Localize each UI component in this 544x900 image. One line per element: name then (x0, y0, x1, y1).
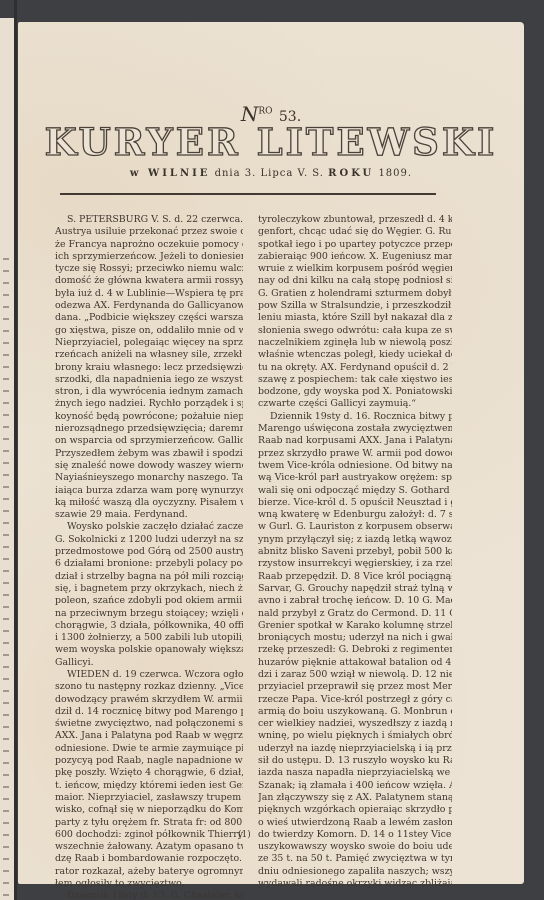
text-line: dzi i zaraz 500 wziął w niewolą. D. 12 n… (258, 669, 452, 681)
left-column: S. PETERSBURG V. S. d. 22 czerwca.Austry… (55, 214, 243, 900)
page-marker: (1) (238, 830, 251, 840)
text-line: dział i strzelby bagna na pół mili rozci… (55, 571, 243, 583)
dateline: w WILNIE dnia 3. Lipca V. S. ROKU 1809. (18, 168, 524, 179)
text-line: się, i bagnetem przy okrzykach, niech ży… (55, 583, 243, 595)
text-line: iazda nasza napadła nieprzyiacielską we … (258, 767, 452, 779)
text-line: brony kraiu własnego: lecz przedsięwzięt… (55, 362, 243, 374)
text-line: że Francya naprożno oczekuie pomocy od s… (55, 239, 243, 251)
right-column: tyroleczykow zbuntował, przeszedł d. 4 k… (258, 214, 452, 890)
dateline-place: w WILNIE (130, 168, 210, 179)
text-line: uszykowawszy woysko swoie do boiu uderzy… (258, 841, 452, 853)
header-rule (60, 193, 436, 195)
text-line: Raab przepędził. D. 8 Vice król pociągną… (258, 571, 452, 583)
book-gutter (14, 0, 17, 900)
text-line: ze 35 t. na 50 t. Pamięć zwycięztwa w ty… (258, 853, 452, 865)
text-line: pkę poszły. Wzięto 4 chorągwie, 6 dział,… (55, 767, 243, 779)
text-line: przyiaciel przeprawił się przez most Mer… (258, 681, 452, 693)
text-line: rator rozkazał, ażeby baterye ogromnym w… (55, 866, 243, 878)
text-line: twem Vice-króla odniesione. Od bitwy nad… (258, 460, 452, 472)
text-line: w Gurl. G. Lauriston z korpusem obserwac… (258, 521, 452, 533)
text-line: Szanak; ią złamała i 400 ieńcow wzięła. … (258, 780, 452, 792)
text-line: się znaleść nowe dowody waszey wierności… (55, 460, 243, 472)
text-line: odezwa AX. Ferdynanda do Gallicyanow wy- (55, 300, 243, 312)
text-line: go xięstwa, pisze on, oddaliło mnie od w… (55, 325, 243, 337)
text-line: broniących mostu; uderzył na nich i gwał… (258, 632, 452, 644)
text-line: przez skrzydło prawe W. armii pod dowodz… (258, 448, 452, 460)
text-line: dana. „Podbicie większey części warszaws… (55, 312, 243, 324)
text-line: tyroleczykow zbuntował, przeszedł d. 4 k… (258, 214, 452, 226)
text-line: dzę Raab i bombardowanie rozpoczęto. Imp… (55, 853, 243, 865)
text-line: wisko, cofnął się w nieporządku do Komor… (55, 804, 243, 816)
text-line: wruie z wielkim korpusem pośród węgier. … (258, 263, 452, 275)
text-line: bierze. Vice-król d. 5 opuścił Neusztad … (258, 497, 452, 509)
text-line: naczelnikiem zginęła lub w niewolą poszł… (258, 337, 452, 349)
text-line: czwarte części Gallicyi zaymuią.“ (258, 398, 452, 410)
text-line: party z tyłu orężem fr. Strata fr: od 80… (55, 817, 243, 829)
text-line: leniu miasta, które Szill był nakazał dl… (258, 312, 452, 324)
newspaper-page: NRO 53. KURYER LITEWSKI w WILNIE dnia 3.… (18, 22, 524, 884)
text-line: do twierdzy Komorn. D. 14 o 11stey Vice-… (258, 829, 452, 841)
text-line: łem ogłosiły to zwycięztwo. (55, 878, 243, 890)
text-line: S. PETERSBURG V. S. d. 22 czerwca. (55, 214, 243, 226)
text-line: tu na okręty. AX. Ferdynand opuścił d. 2… (258, 362, 452, 374)
text-line: pozycyą pod Raab, nagle napadnione w roz… (55, 755, 243, 767)
previous-page-edge (0, 18, 14, 900)
text-line: wninę, po wielu pięknych i śmiałych obró… (258, 730, 452, 742)
text-line: była iuż d. 4 w Lublinie—Wspiera tę praw… (55, 288, 243, 300)
text-line: Dziennik 19sty d. 16. Rocznica bitwy pod (258, 411, 452, 423)
text-line: ich sprzymierzeńcow. Jeżeli to doniesien… (55, 251, 243, 263)
text-line: nald przybył z Gratz do Cermond. D. 11 G… (258, 608, 452, 620)
text-line: WIEDEN d. 19 czerwca. Wczora ogło- (55, 669, 243, 681)
dateline-year-label: ROKU (328, 168, 374, 179)
text-line: domość że główna kwatera armii rossyyski… (55, 275, 243, 287)
text-line: Sarvar, G. Grouchy napędził straż tylną … (258, 583, 452, 595)
text-line: spotkał iego i po upartey potyczce przep… (258, 239, 452, 251)
text-line: nierozsądnego przedsięwzięcia; daremnie … (55, 423, 243, 435)
text-line: ynym przyłączył się; z iazdą letką wąwoz… (258, 534, 452, 546)
text-line: sił do ustępu. D. 13 ruszyło woysko ku R… (258, 755, 452, 767)
text-line: uderzył na iazdę nieprzyiacielską i ią p… (258, 743, 452, 755)
text-line: wszechnie żałowany. Azatym opasano twier… (55, 841, 243, 853)
text-line: Nieprzyiaciel, polegaiąc więcey na sprzy… (55, 337, 243, 349)
text-line: słonienia swego odwrótu: cała kupa ze sw… (258, 325, 452, 337)
text-line: Gallicyi. (55, 657, 243, 669)
text-line: szono tu następny rozkaz dzienny. „Vice-… (55, 681, 243, 693)
dateline-year: 1809. (378, 168, 412, 179)
text-line: szawie 29 maia. Ferdynand. (55, 509, 243, 521)
text-line: dniu odniesionego zapaliła naszych; wszy… (258, 866, 452, 878)
text-line: nay od dni kilku na całą stopę podniosł … (258, 275, 452, 287)
text-line: o wieś utwierdzoną Raab a lewém zasłonił… (258, 817, 452, 829)
text-line: G. Gratien z holendrami szturmem dobył o… (258, 288, 452, 300)
text-line: wną kwaterę w Edenburgu założył: d. 7 st… (258, 509, 452, 521)
text-line: 6 działami bronione: przebyli polacy pod… (55, 558, 243, 570)
text-line: chorągwie, 3 działa, półkownika, 40 offi… (55, 620, 243, 632)
text-line: odniesione. Dwie te armie zaymuiące pięk… (55, 743, 243, 755)
text-line: poleon, szańce zdobyli pod okiem armii a… (55, 595, 243, 607)
issue-number-sup: RO (258, 106, 272, 116)
text-line: ką miłość waszą dla oyczyzny. Pisałem w … (55, 497, 243, 509)
text-line: 600 dochodzi: zginoł półkownik Thierry p… (55, 829, 243, 841)
text-line: na przeciwnym brzegu stoiącey; wzięli on… (55, 608, 243, 620)
text-line: avno i zabrał trochę ieńcow. D. 10 G. Ma… (258, 595, 452, 607)
text-line: właśnie wtenczas poległ, kiedy uciekał d… (258, 349, 452, 361)
text-line: maior. Nieprzyiaciel, zasławszy trupem b… (55, 792, 243, 804)
text-line: tycze się Rossyi; przeciwko niemu walczy… (55, 263, 243, 275)
text-line: t. ieńcow, między któremi ieden iest Gen… (55, 780, 243, 792)
text-line: rzecze Papa. Vice-król postrzegł z góry … (258, 694, 452, 706)
text-line: G. Sokolnicki z 1200 ludzi uderzył na sz… (55, 534, 243, 546)
masthead-title: KURYER LITEWSKI (18, 120, 524, 164)
text-line: Austrya usiluie przekonać przez swoie od… (55, 226, 243, 238)
text-line: Woysko polskie zaczęło działać zaczepnie… (55, 521, 243, 533)
text-line: cer wielkiey nadziei, wyszedłszy z iazdą… (258, 718, 452, 730)
text-line: wydawali radośne okrzyki widząc zbliżaią… (258, 878, 452, 890)
text-line: żnych iego nadziei. Rychło porządek i sp… (55, 398, 243, 410)
text-line: przedmostowe pod Górą od 2500 austryakow… (55, 546, 243, 558)
text-line: pięknych wzgórkach opieraiąc skrzydło pr… (258, 804, 452, 816)
text-line: Grenier spotkał w Karako kolumnę strzelc… (258, 620, 452, 632)
text-line: Marengo uświęcona została zwycięztwem w (258, 423, 452, 435)
text-line: koyność będą powrócone; pożałuie nieprzy… (55, 411, 243, 423)
text-line: Przyszedłem żebym was zbawił i spodziewa… (55, 448, 243, 460)
text-line: rzeńcach aniżeli na własney sile, zrzekł… (55, 349, 243, 361)
text-line: rzekę przeszedł: G. Debroki z regimentem… (258, 644, 452, 656)
text-line: abnitz blisko Saveni przebył, pobił 500 … (258, 546, 452, 558)
text-line: on wsparcia od sprzymierzeńcow. Gallicya… (55, 435, 243, 447)
text-line: genfort, chcąc udać się do Węgier. G. Ru… (258, 226, 452, 238)
text-line: armią do boiu uszykowaną. G. Monbrun off… (258, 706, 452, 718)
text-line: iaiąca burza zdarza wam porę wynurzyć ws… (55, 485, 243, 497)
text-line: wą Vice-król parł austryakow orężem: spo… (258, 472, 452, 484)
text-line: dowodzący prawém skrzydłem W. armii obch… (55, 694, 243, 706)
text-line: AXX. Jana i Palatyna pod Raab w węgrzech (55, 730, 243, 742)
text-line: wali się oni odpocząć między S. Gothard … (258, 485, 452, 497)
text-line: Dziennik 18sty d: 13. G. Chasteler, któr… (55, 890, 243, 900)
text-line: huzarów pięknie attakował batalion od 40… (258, 657, 452, 669)
text-line: rzystow insurrekcyi węgierskiey, i za rz… (258, 558, 452, 570)
text-line: stron, i dla wywrócenia iednym zamachem … (55, 386, 243, 398)
text-line: Raab nad korpusami AXX. Jana i Palatyna (258, 435, 452, 447)
text-line: bodzone, gdy woyska pod X. Poniatowskim … (258, 386, 452, 398)
text-line: srzodki, dla napadnienia iego ze wszystk… (55, 374, 243, 386)
dateline-date: dnia 3. Lipca V. S. (215, 168, 324, 179)
text-line: pow Szilla w Stralsundzie, i przeszkodzi… (258, 300, 452, 312)
text-line: i 1300 żołnierzy, a 500 zabili lub utopi… (55, 632, 243, 644)
text-line: dził d. 14 rocznicę bitwy pod Marengo pr… (55, 706, 243, 718)
text-line: świetne zwycięztwo, nad połączonemi siła… (55, 718, 243, 730)
text-line: szawę z pospiechem: tak całe xięstwo ies… (258, 374, 452, 386)
text-line: zabieraiąc 900 ieńcow. X. Eugeniusz mane… (258, 251, 452, 263)
previous-page-text-fragments (3, 258, 9, 898)
text-line: Nayiaśnieyszego monarchy naszego. Ta prz… (55, 472, 243, 484)
text-line: wem woyska polskie opanowały większą czę… (55, 644, 243, 656)
text-line: Jan złączywszy się z AX. Palatynem staną… (258, 792, 452, 804)
